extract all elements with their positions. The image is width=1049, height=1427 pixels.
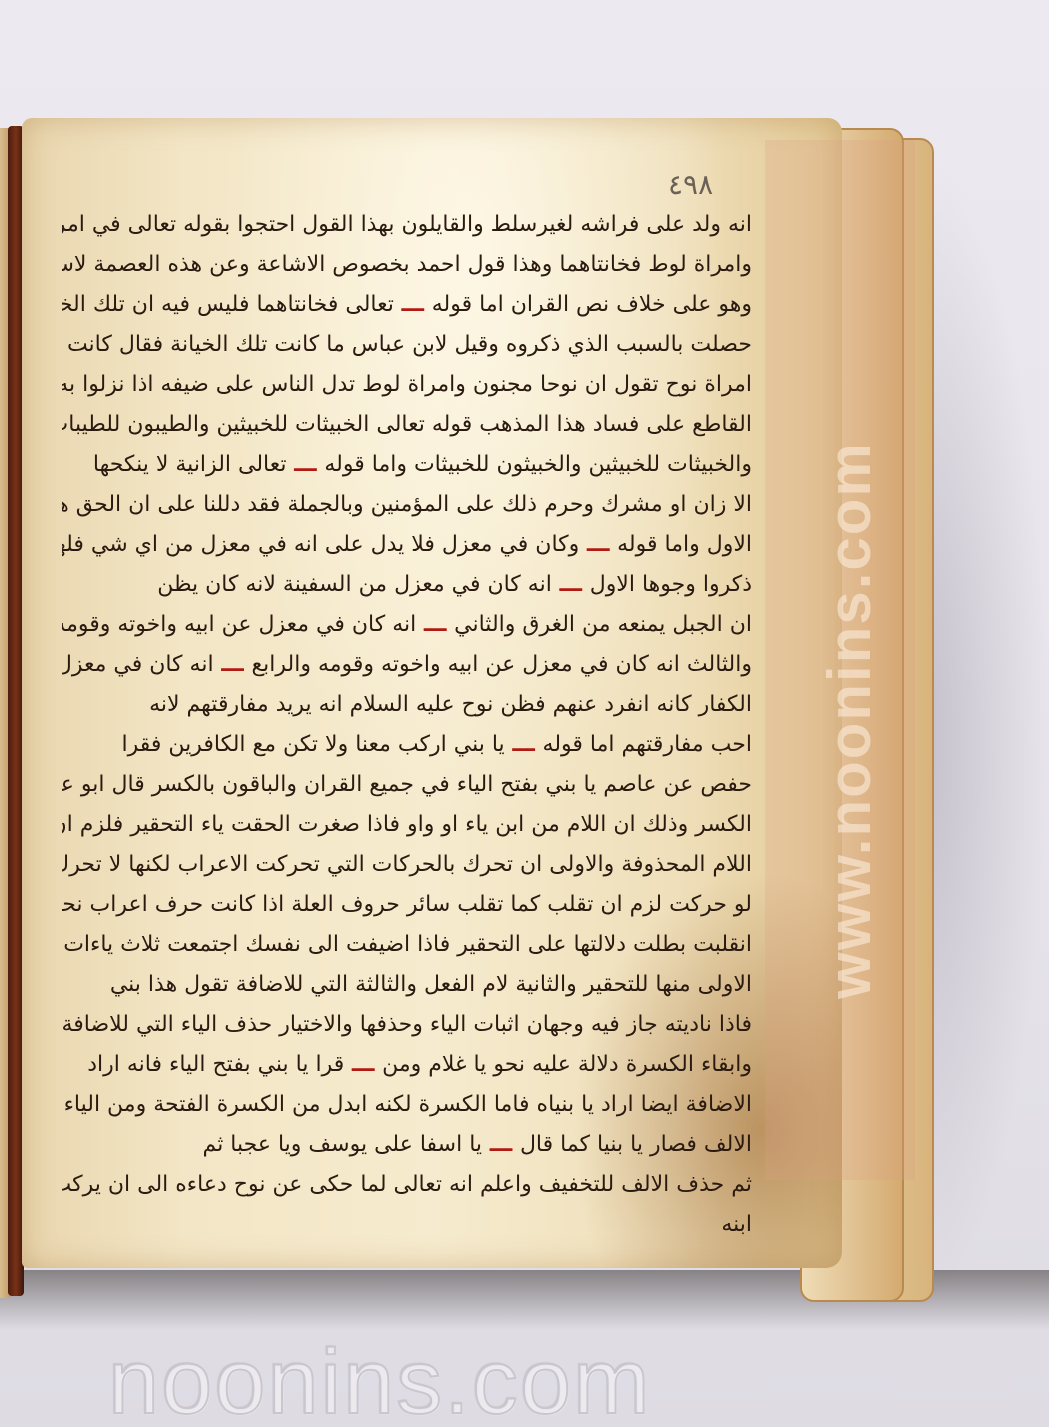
manuscript-line: الاضافة ايضا اراد يا بنياه فاما الكسرة ل… [62, 1085, 752, 1125]
line-text: يا بني اركب معنا ولا تكن مع الكافرين فقر… [121, 732, 504, 757]
line-text: تعالى الزانية لا ينكحها [93, 452, 287, 477]
manuscript-text: انه ولد على فراشه لغيرسلط والقايلون بهذا… [62, 205, 752, 1245]
line-text: ذكروا وجوها الاول [590, 572, 752, 597]
line-text: الالف فصار يا بنيا كما قال [520, 1132, 752, 1157]
rubric-overline: ـــ [286, 452, 324, 477]
manuscript-line: القاطع على فساد هذا المذهب قوله تعالى ال… [62, 405, 752, 445]
line-text: ثم حذف الالف للتخفيف واعلم انه تعالى لما… [62, 1172, 752, 1197]
line-text: لو حركت لزم ان تقلب كما تقلب سائر حروف ا… [62, 892, 752, 917]
manuscript-line: ان الجبل يمنعه من الغرق والثاني ـــ انه … [62, 605, 752, 645]
line-text: الا زان او مشرك وحرم ذلك على المؤمنين وب… [62, 492, 752, 517]
rubric-overline: ـــ [394, 292, 432, 317]
line-text: الكسر وذلك ان اللام من ابن ياء او واو فا… [62, 812, 752, 837]
line-text: انه كان في معزل من [62, 652, 214, 677]
rubric-overline: ـــ [482, 1132, 520, 1157]
line-text: احب مفارقتهم اما قوله [543, 732, 752, 757]
manuscript-line: الاولى منها للتحقير والثانية لام الفعل و… [62, 965, 752, 1005]
rubric-overline: ـــ [214, 652, 252, 677]
manuscript-line: حفص عن عاصم يا بني بفتح الياء في جميع ال… [62, 765, 752, 805]
line-text: الكفار كانه انفرد عنهم فظن نوح عليه السل… [149, 692, 752, 717]
line-text: انه كان في معزل عن ابيه واخوته وقومه [62, 612, 416, 637]
line-text: والثالث انه كان في معزل عن ابيه واخوته و… [251, 652, 752, 677]
manuscript-line: ابنه [62, 1205, 752, 1245]
manuscript-line: فاذا ناديته جاز فيه وجهان اثبات الياء وح… [62, 1005, 752, 1045]
manuscript-line: لو حركت لزم ان تقلب كما تقلب سائر حروف ا… [62, 885, 752, 925]
manuscript-line: وابقاء الكسرة دلالة عليه نحو يا غلام ومن… [62, 1045, 752, 1085]
rubric-overline: ـــ [505, 732, 543, 757]
vertical-watermark: www.noonins.com [815, 250, 885, 1190]
manuscript-line: الكسر وذلك ان اللام من ابن ياء او واو فا… [62, 805, 752, 845]
line-text: حصلت بالسبب الذي ذكروه وقيل لابن عباس ما… [67, 332, 752, 357]
manuscript-line: حصلت بالسبب الذي ذكروه وقيل لابن عباس ما… [62, 325, 752, 365]
manuscript-line: ذكروا وجوها الاول ـــ انه كان في معزل من… [62, 565, 752, 605]
manuscript-line: اللام المحذوفة والاولى ان تحرك بالحركات … [62, 845, 752, 885]
bottom-watermark: noonins.com [108, 1330, 652, 1427]
line-text: تعالى فخانتاهما فليس فيه ان تلك الخيانة … [62, 292, 394, 317]
line-text: اللام المحذوفة والاولى ان تحرك بالحركات … [62, 852, 752, 877]
line-text: ان الجبل يمنعه من الغرق والثاني [454, 612, 752, 637]
line-text: انقلبت بطلت دلالتها على التحقير فاذا اضي… [63, 932, 752, 957]
folio-number: ٤٩٨ [668, 168, 713, 201]
manuscript-line: احب مفارقتهم اما قوله ـــ يا بني اركب مع… [62, 725, 752, 765]
line-text: الاضافة ايضا اراد يا بنياه فاما الكسرة ل… [64, 1092, 752, 1117]
line-text: انه كان في معزل من السفينة لانه كان يظن [157, 572, 552, 597]
manuscript-line: وامراة لوط فخانتاهما وهذا قول احمد بخصوص… [62, 245, 752, 285]
manuscript-line: انقلبت بطلت دلالتها على التحقير فاذا اضي… [62, 925, 752, 965]
line-text: حفص عن عاصم يا بني بفتح الياء في جميع ال… [62, 772, 752, 797]
line-text: فاذا ناديته جاز فيه وجهان اثبات الياء وح… [62, 1012, 752, 1037]
line-text: وامراة لوط فخانتاهما وهذا قول احمد بخصوص… [62, 252, 752, 277]
manuscript-line: ثم حذف الالف للتخفيف واعلم انه تعالى لما… [62, 1165, 752, 1205]
manuscript-line: والخبيثات للخبيثين والخبيثون للخبيثات وا… [62, 445, 752, 485]
line-text: والخبيثات للخبيثين والخبيثون للخبيثات وا… [324, 452, 752, 477]
rubric-overline: ـــ [344, 1052, 382, 1077]
manuscript-line: الالف فصار يا بنيا كما قال ـــ يا اسفا ع… [62, 1125, 752, 1165]
rubric-overline: ـــ [552, 572, 590, 597]
line-text: الاول واما قوله [617, 532, 752, 557]
line-text: الاولى منها للتحقير والثانية لام الفعل و… [110, 972, 752, 997]
manuscript-line: الاول واما قوله ـــ وكان في معزل فلا يدل… [62, 525, 752, 565]
line-text: وكان في معزل فلا يدل على انه في معزل من … [62, 532, 579, 557]
line-text: وهو على خلاف نص القران اما قوله [432, 292, 752, 317]
line-text: وابقاء الكسرة دلالة عليه نحو يا غلام ومن [382, 1052, 752, 1077]
line-text: يا اسفا على يوسف ويا عجبا ثم [203, 1132, 483, 1157]
rubric-overline: ـــ [416, 612, 454, 637]
manuscript-line: امراة نوح تقول ان نوحا مجنون وامراة لوط … [62, 365, 752, 405]
line-text: امراة نوح تقول ان نوحا مجنون وامراة لوط … [62, 372, 752, 397]
manuscript-line: الكفار كانه انفرد عنهم فظن نوح عليه السل… [62, 685, 752, 725]
line-text: قرا يا بني بفتح الياء فانه اراد [87, 1052, 344, 1077]
line-text: ابنه [721, 1212, 752, 1237]
rubric-overline: ـــ [579, 532, 617, 557]
line-text: انه ولد على فراشه لغيرسلط والقايلون بهذا… [62, 212, 752, 237]
manuscript-line: انه ولد على فراشه لغيرسلط والقايلون بهذا… [62, 205, 752, 245]
manuscript-line: وهو على خلاف نص القران اما قوله ـــ تعال… [62, 285, 752, 325]
manuscript-line: والثالث انه كان في معزل عن ابيه واخوته و… [62, 645, 752, 685]
manuscript-line: الا زان او مشرك وحرم ذلك على المؤمنين وب… [62, 485, 752, 525]
line-text: القاطع على فساد هذا المذهب قوله تعالى ال… [62, 412, 752, 437]
